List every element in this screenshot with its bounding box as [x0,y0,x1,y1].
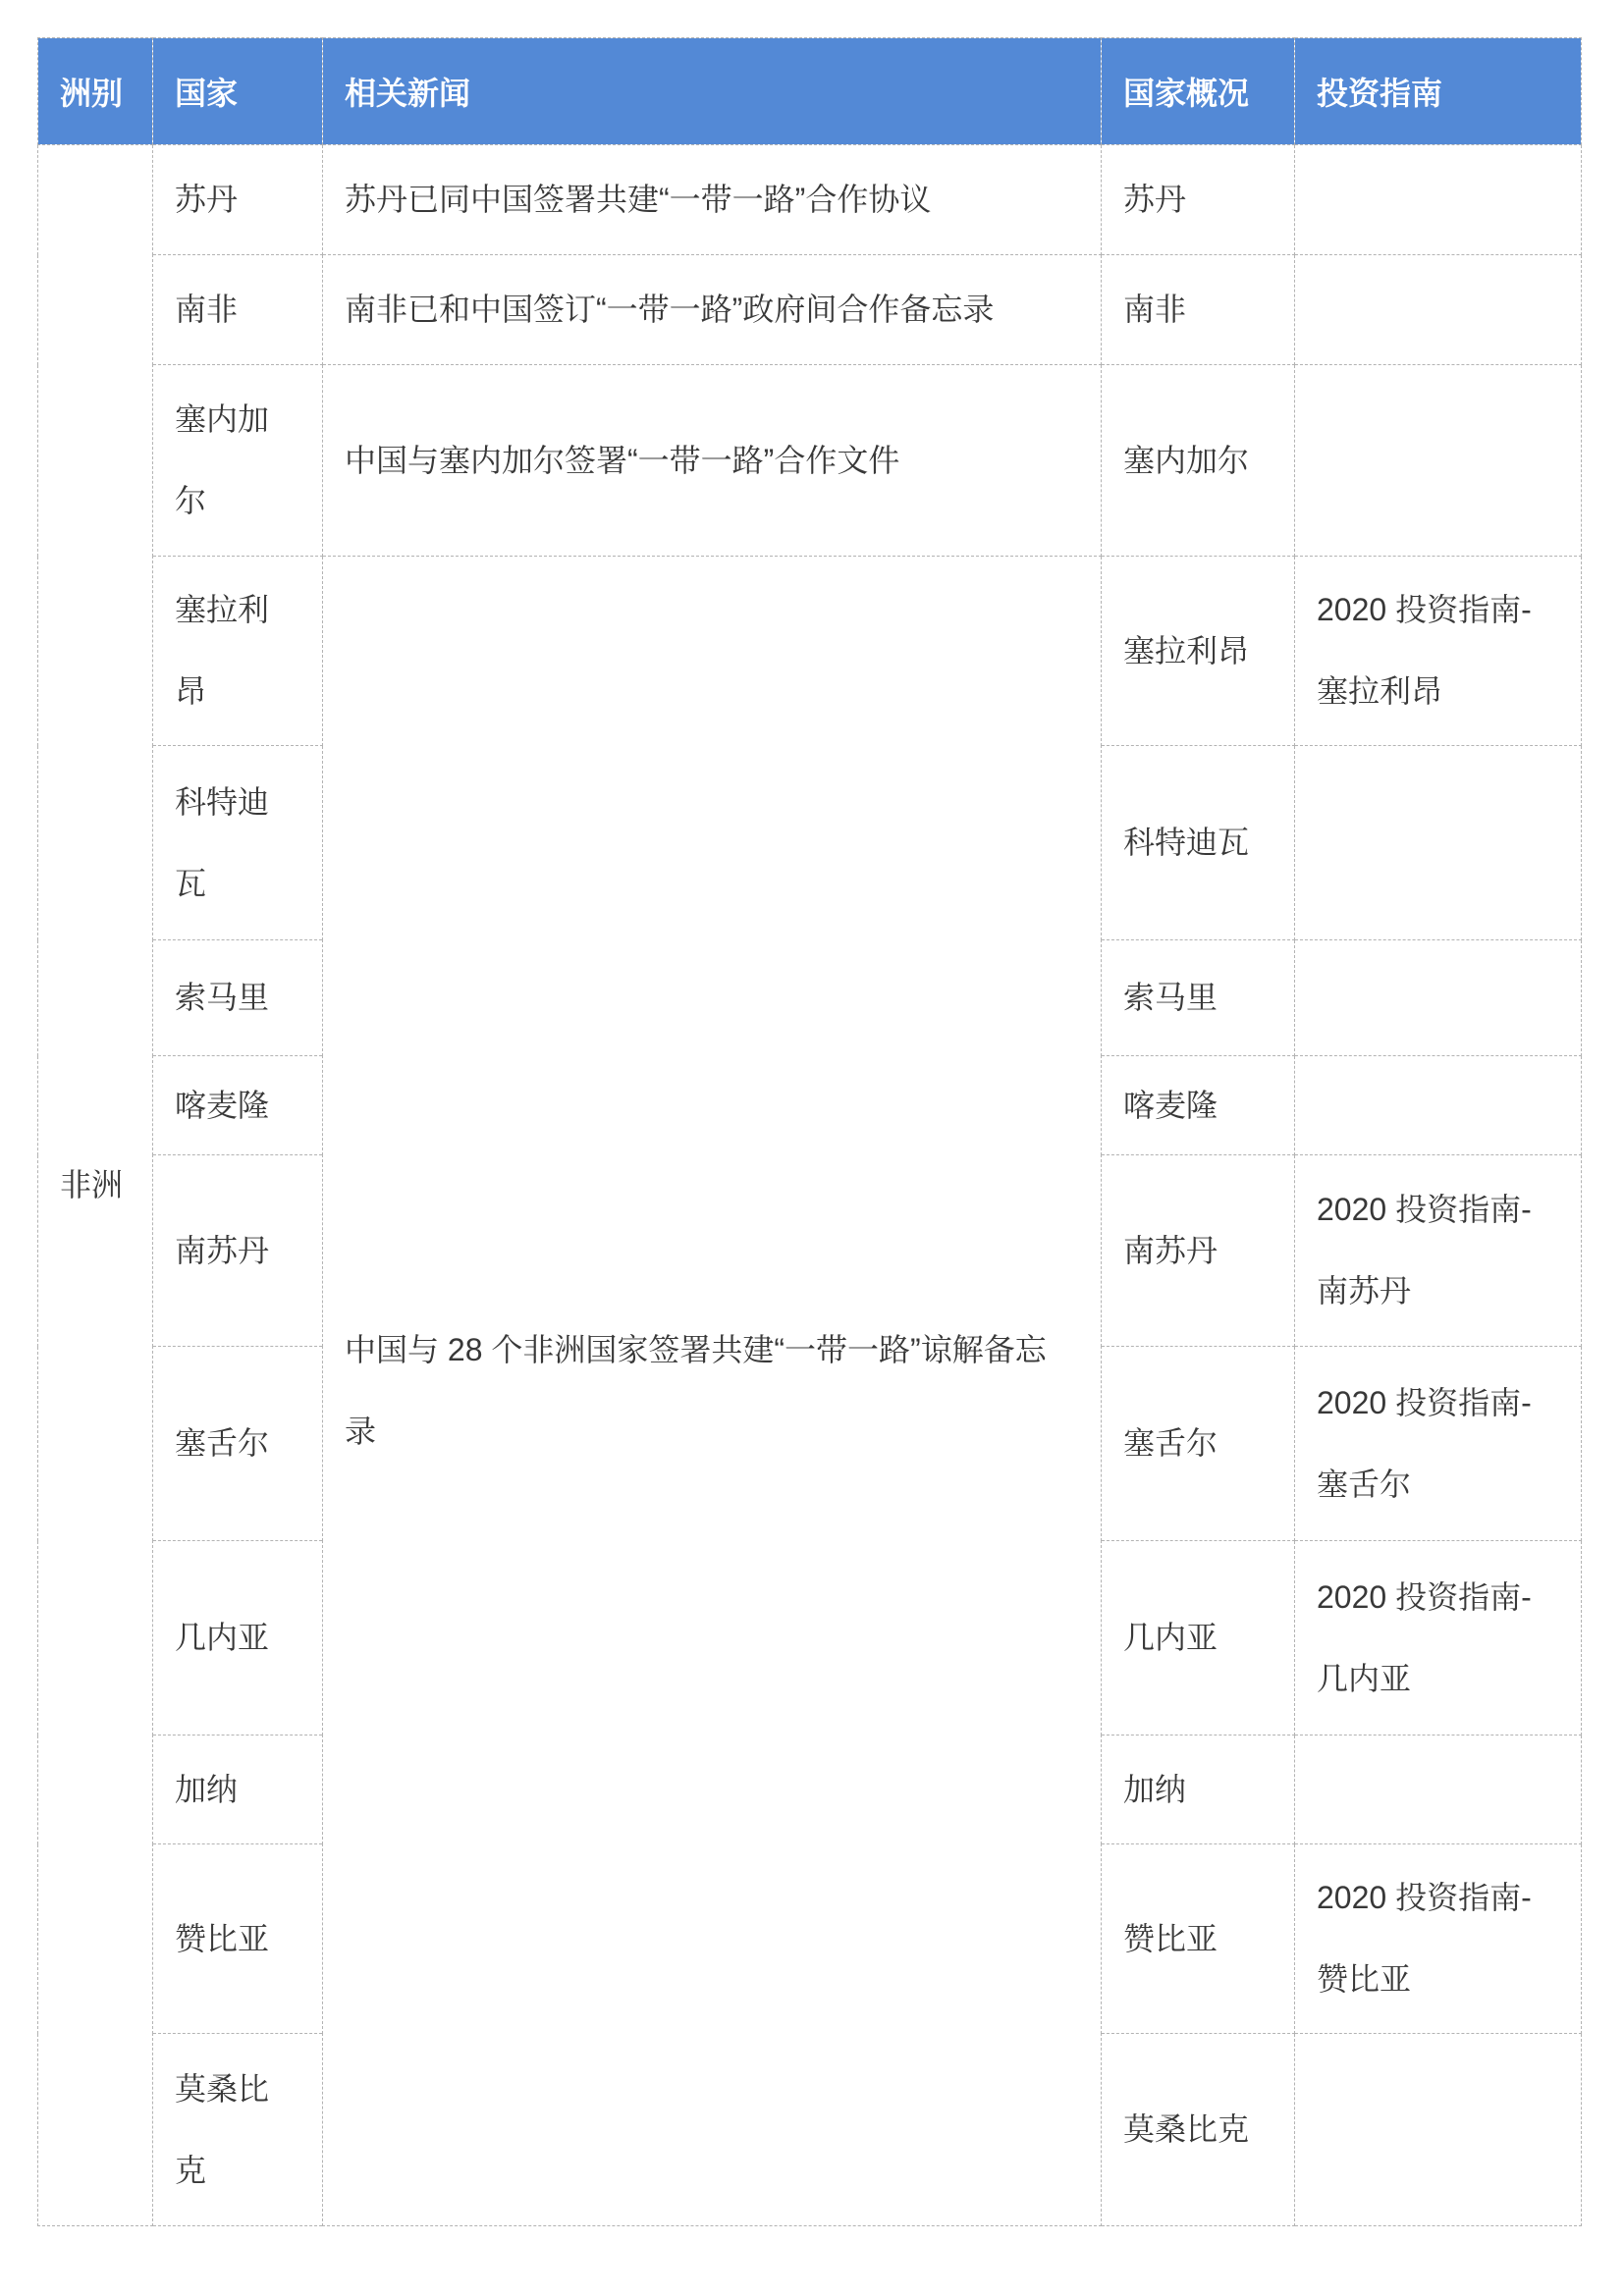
header-cell-country: 国家 [153,38,323,145]
profile-cell: 赞比亚 [1102,1844,1295,2034]
guide-cell: 2020 投资指南-几内亚 [1295,1541,1582,1735]
profile-cell: 塞拉利昂 [1102,557,1295,746]
continent-cell: 非洲 [38,145,153,2226]
country-cell: 南苏丹 [153,1155,323,1347]
header-cell-profile: 国家概况 [1102,38,1295,145]
profile-cell: 塞内加尔 [1102,365,1295,557]
profile-cell: 几内亚 [1102,1541,1295,1735]
profile-cell: 加纳 [1102,1735,1295,1844]
country-cell: 塞拉利昂 [153,557,323,746]
guide-cell: 2020 投资指南-塞舌尔 [1295,1347,1582,1541]
guide-cell: 2020 投资指南-南苏丹 [1295,1155,1582,1347]
profile-cell: 南苏丹 [1102,1155,1295,1347]
profile-cell: 苏丹 [1102,145,1295,255]
country-cell: 加纳 [153,1735,323,1844]
header-cell-continent: 洲别 [38,38,153,145]
row-sudan: 非洲 苏丹 苏丹已同中国签署共建“一带一路”合作协议 苏丹 [38,145,1582,255]
profile-cell: 科特迪瓦 [1102,746,1295,940]
country-cell: 索马里 [153,940,323,1056]
country-cell: 赞比亚 [153,1844,323,2034]
guide-cell [1295,145,1582,255]
country-cell: 科特迪瓦 [153,746,323,940]
news-cell: 南非已和中国签订“一带一路”政府间合作备忘录 [323,255,1102,365]
country-cell: 南非 [153,255,323,365]
guide-cell [1295,2034,1582,2226]
guide-cell [1295,365,1582,557]
belt-road-africa-table: 洲别 国家 相关新闻 国家概况 投资指南 非洲 苏丹 苏丹已同中国签署共建“一带… [37,37,1582,2226]
header-cell-news: 相关新闻 [323,38,1102,145]
country-cell: 苏丹 [153,145,323,255]
row-south-africa: 南非 南非已和中国签订“一带一路”政府间合作备忘录 南非 [38,255,1582,365]
profile-cell: 喀麦隆 [1102,1056,1295,1155]
profile-cell: 南非 [1102,255,1295,365]
merged-news-cell: 中国与 28 个非洲国家签署共建“一带一路”谅解备忘录 [323,557,1102,2226]
profile-cell: 莫桑比克 [1102,2034,1295,2226]
guide-cell [1295,255,1582,365]
news-cell: 苏丹已同中国签署共建“一带一路”合作协议 [323,145,1102,255]
country-cell: 几内亚 [153,1541,323,1735]
row-sierra-leone: 塞拉利昂 中国与 28 个非洲国家签署共建“一带一路”谅解备忘录 塞拉利昂 20… [38,557,1582,746]
country-cell: 塞舌尔 [153,1347,323,1541]
header-row: 洲别 国家 相关新闻 国家概况 投资指南 [38,38,1582,145]
country-cell: 莫桑比克 [153,2034,323,2226]
guide-cell: 2020 投资指南-赞比亚 [1295,1844,1582,2034]
profile-cell: 索马里 [1102,940,1295,1056]
news-cell: 中国与塞内加尔签署“一带一路”合作文件 [323,365,1102,557]
row-senegal: 塞内加尔 中国与塞内加尔签署“一带一路”合作文件 塞内加尔 [38,365,1582,557]
guide-cell [1295,1056,1582,1155]
country-cell: 塞内加尔 [153,365,323,557]
guide-cell [1295,940,1582,1056]
guide-cell [1295,1735,1582,1844]
country-cell: 喀麦隆 [153,1056,323,1155]
profile-cell: 塞舌尔 [1102,1347,1295,1541]
guide-cell: 2020 投资指南-塞拉利昂 [1295,557,1582,746]
header-cell-guide: 投资指南 [1295,38,1582,145]
guide-cell [1295,746,1582,940]
